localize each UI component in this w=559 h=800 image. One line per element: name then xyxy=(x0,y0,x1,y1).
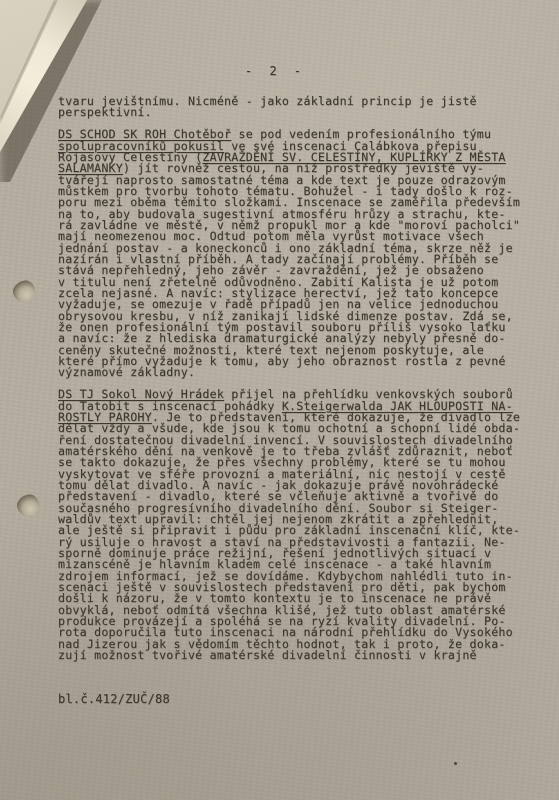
text-segment: zují možnost tvořivé amatérské divadelní… xyxy=(58,648,477,662)
document-body: tvaru jevištnímu. Nicméně - jako základn… xyxy=(58,96,530,672)
text-segment: významové základny. xyxy=(58,365,195,379)
text-line: perspektivní. xyxy=(58,107,530,118)
punch-hole-bottom xyxy=(17,494,39,516)
paper-speck xyxy=(454,762,457,765)
paragraph: tvaru jevištnímu. Nicméně - jako základn… xyxy=(58,96,530,119)
paragraph: DS TJ Sokol Nový Hrádek přijel na přehlí… xyxy=(58,389,530,661)
scanned-page: - 2 - tvaru jevištnímu. Nicméně - jako z… xyxy=(0,0,559,800)
punch-hole-top xyxy=(13,280,35,302)
paragraph: DS SCHOD SK ROH Chotěboř se pod vedením … xyxy=(58,129,530,379)
page-number: - 2 - xyxy=(245,66,306,77)
text-segment: perspektivní. xyxy=(58,105,152,119)
text-line: zují možnost tvořivé amatérské divadelní… xyxy=(58,650,530,661)
text-line: významové základny. xyxy=(58,367,530,378)
footer-reference: bl.č.412/ZUČ/88 xyxy=(58,694,170,705)
